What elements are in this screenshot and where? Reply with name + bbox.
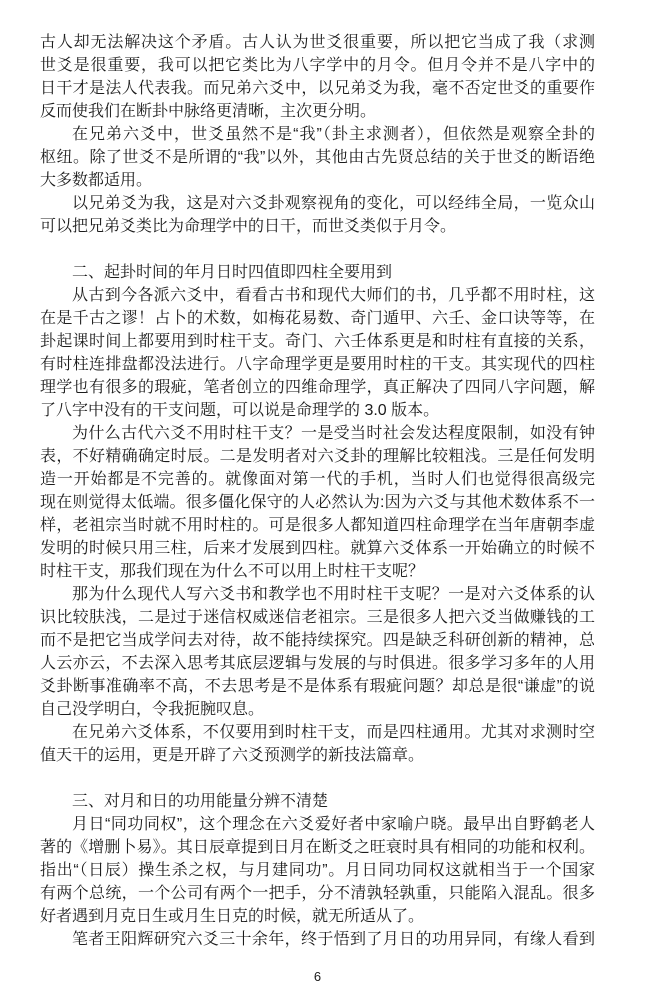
text-line: 卦起课时间上都要用到时柱干支。奇门、六壬体系更是和时柱有直接的关系，没 [40,330,595,353]
text-line: 月日“同功同权”，这个理念在六爻爱好者中家喻户晓。最早出自野鹤老人 [40,813,595,836]
text-line: 识比较肤浅，二是过于迷信权威迷信老祖宗。三是很多人把六爻当做赚钱的工具， [40,606,595,629]
text-line: 人云亦云，不去深入思考其底层逻辑与发展的与时俱进。很多学习多年的人用六 [40,652,595,675]
text-line: 为什么古代六爻不用时柱干支？一是受当时社会发达程度限制，如没有钟 [40,422,595,445]
text-line: 表，不好精确确定时辰。二是发明者对六爻卦的理解比较粗浅。三是任何发明创 [40,445,595,468]
text-line: 有两个总统，一个公司有两个一把手，分不清孰轻孰重，只能陷入混乱。很多爱 [40,882,595,905]
text-line: 指出“（日辰）操生杀之权，与月建同功”。月日同功同权这就相当于一个国家 [40,859,595,882]
text-line: 时柱干支，那我们现在为什么不可以用上时柱干支呢？ [40,560,595,583]
text-line: 值天干的运用，更是开辟了六爻预测学的新技法篇章。 [40,744,595,767]
text-line: 从古到今各派六爻中，看看古书和现代大师们的书，几乎都不用时柱，这实 [40,284,595,307]
text-line: 那为什么现代人写六爻书和教学也不用时柱干支呢？一是对六爻体系的认 [40,583,595,606]
text-line: 样，老祖宗当时就不用时柱的。可是很多人都知道四柱命理学在当年唐朝李虚中 [40,514,595,537]
text-line: 有时柱连排盘都没法进行。八字命理学更是要用时柱的干支。其实现代的四柱命 [40,353,595,376]
text-line: 大多数都适用。 [40,169,595,192]
text-line: 著的《增删卜易》。其日辰章提到日月在断爻之旺衰时具有相同的功能和权利。 [40,836,595,859]
text-line: 古人却无法解决这个矛盾。古人认为世爻很重要，所以把它当成了我（求测者）。 [40,31,595,54]
text-line: 造一开始都是不完善的。就像面对第一代的手机，当时人们也觉得很高级完美， [40,468,595,491]
text-line: 在兄弟六爻中，世爻虽然不是“我”（卦主求测者），但依然是观察全卦的 [40,123,595,146]
text-line: 自己没学明白，令我扼腕叹息。 [40,698,595,721]
section-heading-2: 二、起卦时间的年月日时四值即四柱全要用到 [40,261,595,284]
text-line: 日干才是法人代表我。而兄弟六爻中，以兄弟爻为我，毫不否定世爻的重要作用。 [40,77,595,100]
text-line: 而不是把它当成学问去对待，故不能持续探究。四是缺乏科研创新的精神，总是 [40,629,595,652]
text-line: 在是千古之谬！占卜的术数，如梅花易数、奇门遁甲、六壬、金口诀等等，在起 [40,307,595,330]
text-line: 爻卦断事准确率不高，不去思考是不是体系有瑕疵问题？却总是很“谦虚”的说 [40,675,595,698]
page-number: 6 [40,968,595,986]
text-line: 理学也有很多的瑕疵，笔者创立的四维命理学，真正解决了四同八字问题，解决 [40,376,595,399]
text-line: 发明的时候只用三柱，后来才发展到四柱。就算六爻体系一开始确立的时候不用 [40,537,595,560]
text-line: 在兄弟六爻体系，不仅要用到时柱干支，而是四柱通用。尤其对求测时空四 [40,721,595,744]
text-line: 了八字中没有的干支问题，可以说是命理学的 3.0 版本。 [40,399,595,422]
blank-line [40,238,595,261]
blank-line [40,767,595,790]
text-line: 好者遇到月克日生或月生日克的时候，就无所适从了。 [40,905,595,928]
text-line: 世爻是很重要，我可以把它类比为八字学中的月令。但月令并不是八字中的我， [40,54,595,77]
text-line: 反而使我们在断卦中脉络更清晰，主次更分明。 [40,100,595,123]
text-line: 笔者王阳辉研究六爻三十余年，终于悟到了月日的功用异同，有缘人看到请 [40,928,595,951]
section-heading-3: 三、对月和日的功用能量分辨不清楚 [40,790,595,813]
text-line: 现在则觉得太低端。很多僵化保守的人必然认为:因为六爻与其他术数体系不一 [40,491,595,514]
document-page: 古人却无法解决这个矛盾。古人认为世爻很重要，所以把它当成了我（求测者）。 世爻是… [0,0,654,1003]
text-line: 以兄弟爻为我，这是对六爻卦观察视角的变化，可以经纬全局，一览众山小。 [40,192,595,215]
text-line: 枢纽。除了世爻不是所谓的“我”以外，其他由古先贤总结的关于世爻的断语绝 [40,146,595,169]
text-line: 可以把兄弟爻类比为命理学中的日干，而世爻类似于月令。 [40,215,595,238]
